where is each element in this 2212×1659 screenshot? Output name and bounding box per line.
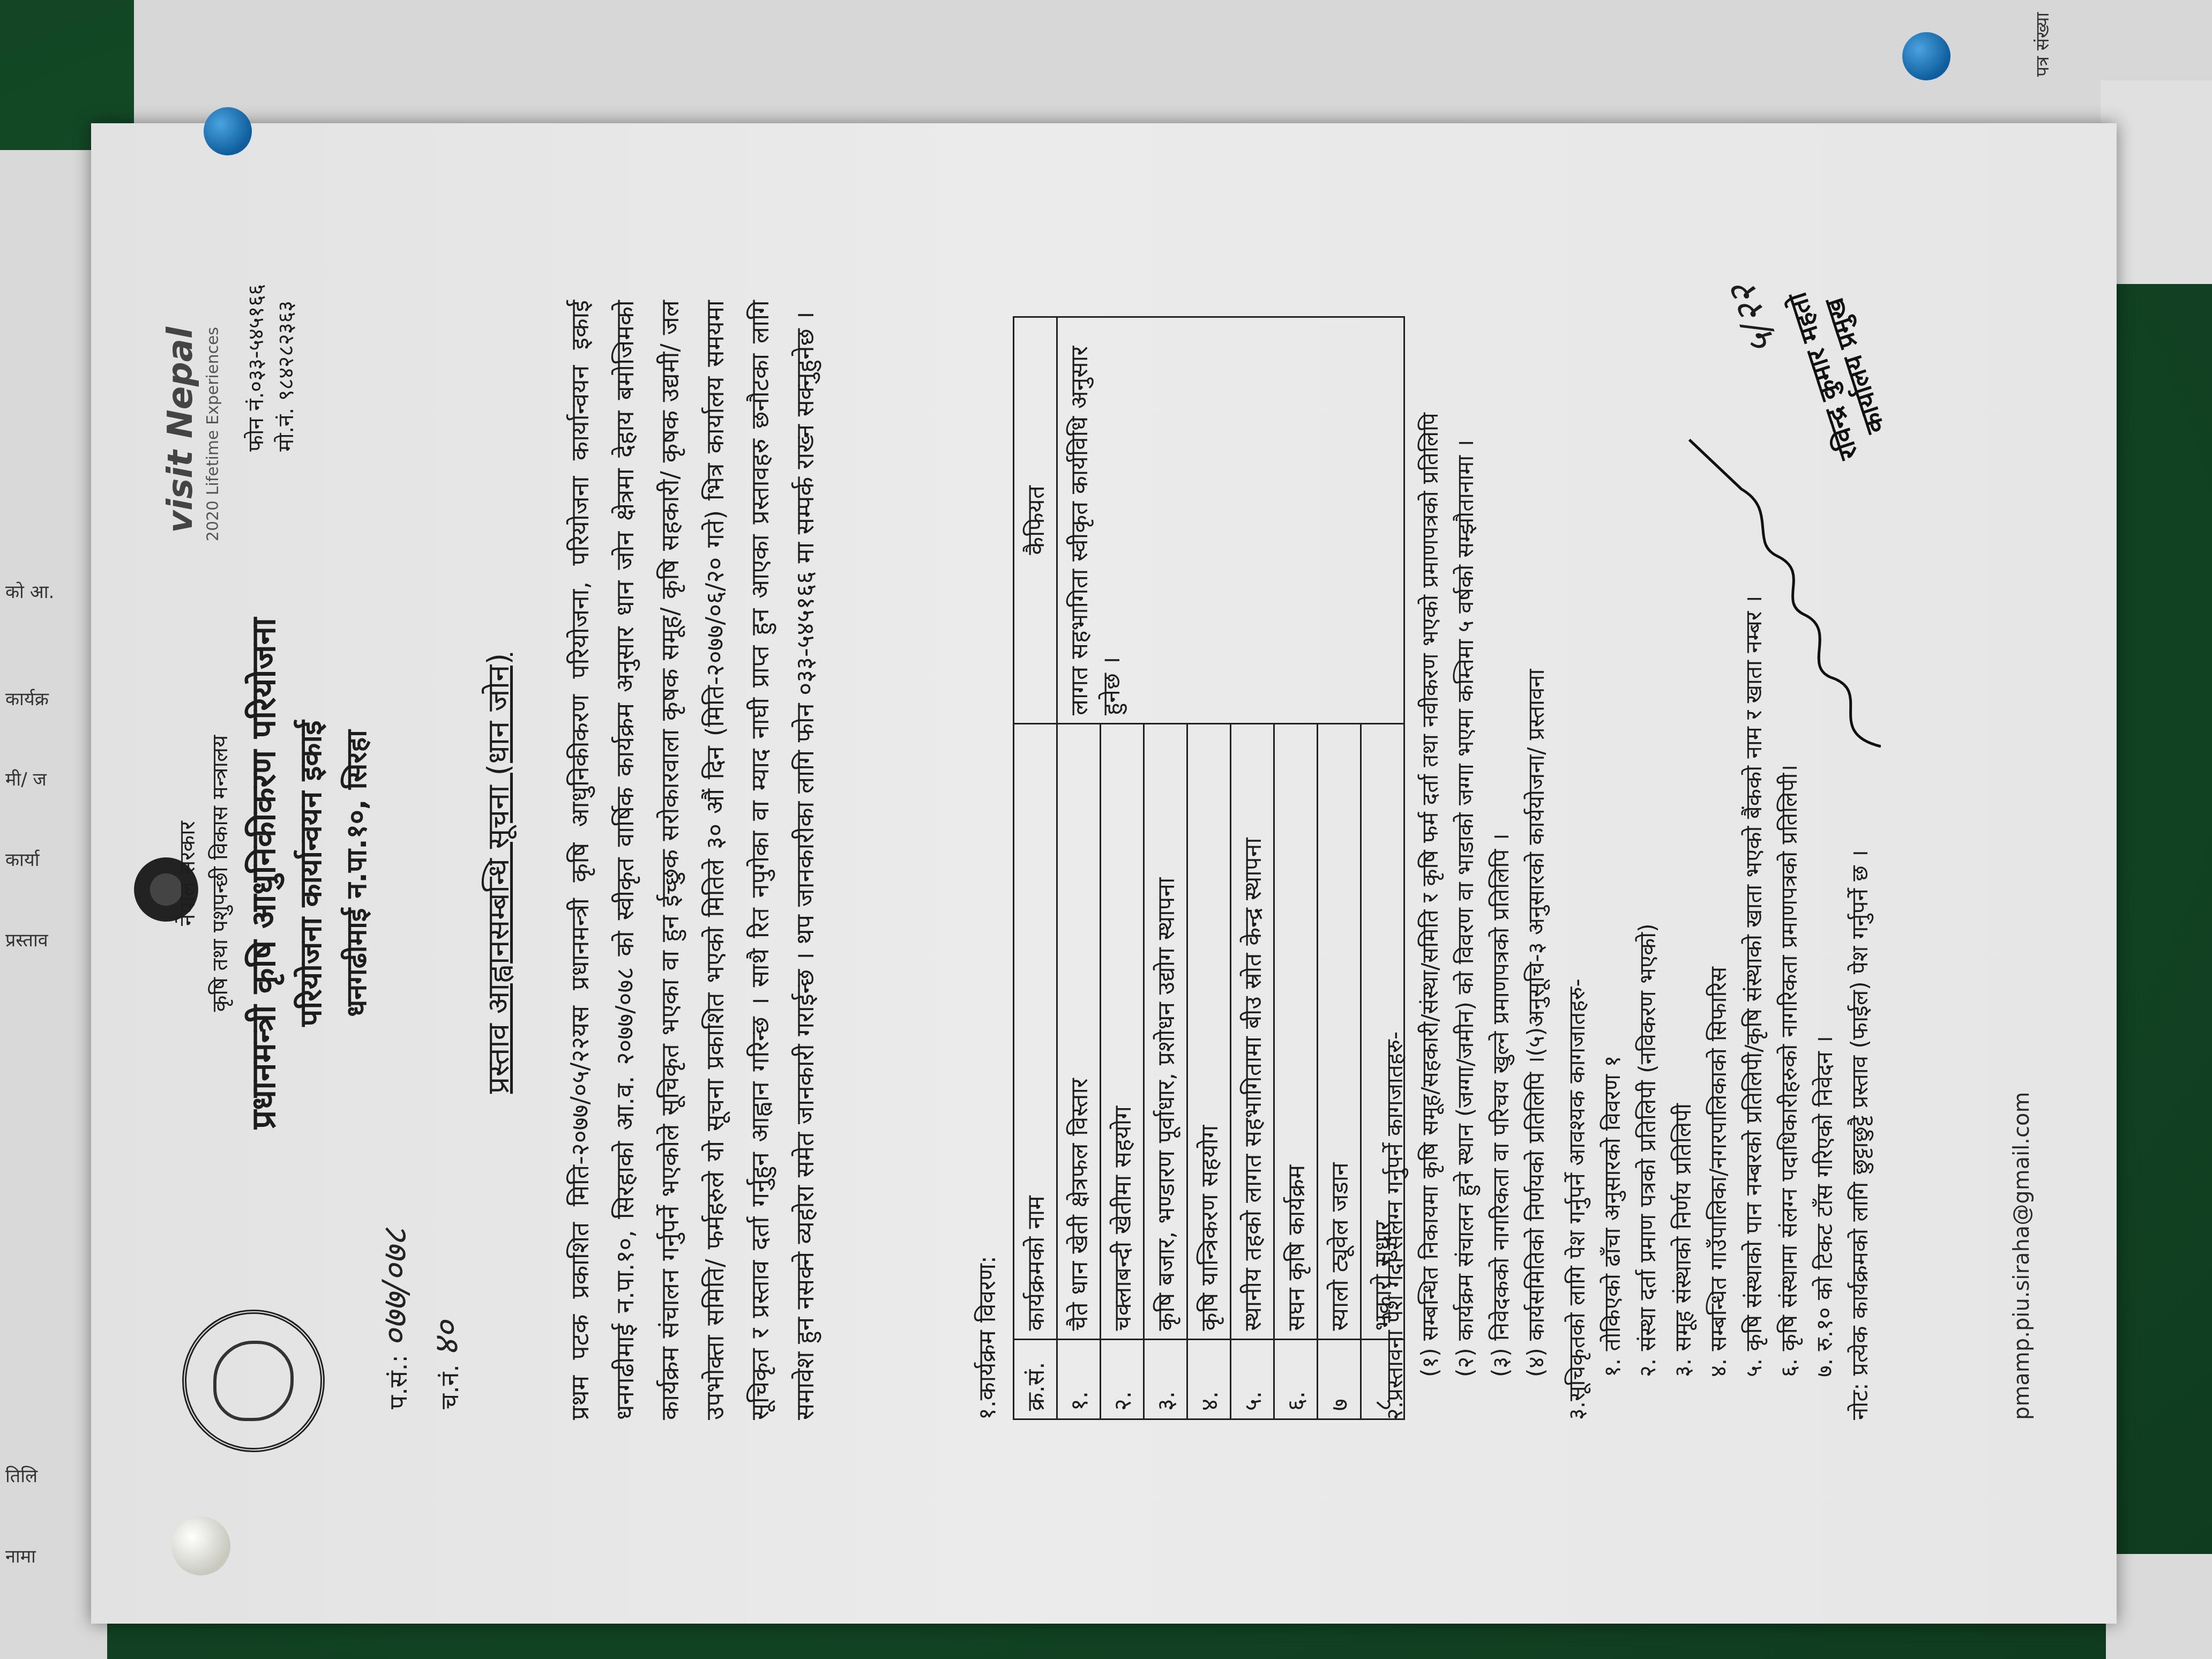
edge-text: पत्र संख्या (2029, 12, 2054, 77)
row-sn: ५. (1231, 1339, 1274, 1419)
row-sn: ४. (1187, 1339, 1231, 1419)
section3-item: १. तोकिएको ढाँचा अनुसारको विवरण १ (1595, 595, 1630, 1420)
background-paper-right-bottom (2106, 1554, 2212, 1659)
section3-item: ४. सम्बन्धित गाउँपालिका/नगरपालिकाको सिफा… (1701, 595, 1736, 1420)
notice-body: प्रथम पटक प्रकाशित मिति-२०७७/०५/२२यस प्र… (557, 300, 827, 1420)
blue-pushpin-icon (1902, 32, 1951, 80)
visit-nepal-logo: visit Nepal (161, 327, 200, 533)
section2-item: (२) कार्यक्रम संचालन हुने स्थान (जग्गा/ज… (1448, 413, 1483, 1420)
row-sn: ७ (1318, 1339, 1361, 1419)
edge-text: मी/ ज (5, 766, 47, 791)
section1-heading: १.कार्यक्रम विवरण: (970, 1256, 1002, 1420)
letter-no: ०७७/०७८ (376, 1228, 415, 1347)
section3-item: ५. कृषि संस्थाको पान नम्बरको प्रतिलिपी/क… (1736, 595, 1772, 1420)
table-row: १.चैते धान खेती क्षेत्रफल विस्तारलागत सह… (1057, 317, 1101, 1419)
section2: २.प्रस्तावना पेश गर्दा संलग्न गर्नुपर्ने… (1377, 413, 1554, 1420)
section3-item: ३. समूह संस्थाको निर्णय प्रतिलिपी (1665, 595, 1701, 1420)
background-paper-right (2101, 80, 2212, 284)
white-pushpin-icon (171, 1516, 230, 1575)
contact-info: फोन नं.०३३-५४५१६६ मो.नं. ९८४२८२३६३ (241, 284, 301, 452)
row-program-name: कृषि बजार, भण्डारण पूर्वाधार, प्रशोधन उद… (1144, 723, 1187, 1339)
dispatch-no-label: च.नं. (435, 1364, 464, 1409)
office-email: pmamp.piu.siraha@gmail.com (2009, 1092, 2034, 1420)
section2-item: (४) कार्यसमितिको निर्णयको प्रतिलिपि ।(५)… (1519, 413, 1554, 1420)
row-program-name: चैते धान खेती क्षेत्रफल विस्तार (1057, 723, 1101, 1339)
edge-text: कार्यक्र (5, 686, 49, 711)
notice-page: नेपाल सरकार कृषि तथा पशुपन्छी विकास मन्त… (91, 123, 2117, 1624)
row-remarks: लागत सहभागिता स्वीकृत कार्यविधि अनुसार ह… (1057, 317, 1404, 724)
office-address: धनगढीमाई न.पा.१०, सिरहा (337, 123, 375, 1624)
row-program-name: कृषि यान्त्रिकरण सहयोग (1187, 723, 1231, 1339)
edge-text: तिलि (5, 1463, 38, 1488)
row-sn: ६. (1274, 1339, 1318, 1419)
row-sn: ३. (1144, 1339, 1187, 1419)
row-sn: १. (1057, 1339, 1101, 1419)
phone-number: फोन नं.०३३-५४५१६६ (241, 284, 271, 452)
section2-item: (३) निवेदकको नागरिकता वा परिचय खुल्ने प्… (1483, 413, 1519, 1420)
section3-item: २. संस्था दर्ता प्रमाण पत्रको प्रतिलिपी … (1630, 595, 1665, 1420)
mobile-number: मो.नं. ९८४२८२३६३ (271, 284, 301, 452)
col-remarks: कैफियत (1014, 317, 1057, 724)
col-sn: क्र.सं. (1014, 1339, 1057, 1419)
notice-sheet: नेपाल सरकार कृषि तथा पशुपन्छी विकास मन्त… (91, 123, 2117, 1624)
section3-heading: ३.सूचिकृतको लागि पेश गर्नुपर्ने आवश्यक क… (1559, 595, 1595, 1420)
signature-date: ५/२२ (1715, 278, 1788, 362)
edge-text: कार्या (5, 847, 39, 871)
row-sn: २. (1101, 1339, 1144, 1419)
blue-pushpin-icon (204, 107, 252, 155)
dispatch-no: ४० (427, 1321, 467, 1357)
edge-text: को आ. (5, 579, 54, 603)
background-paper-top: पत्र संख्या (134, 0, 2212, 134)
section2-heading: २.प्रस्तावना पेश गर्दा संलग्न गर्नुपर्ने… (1377, 413, 1413, 1420)
col-program-name: कार्यक्रमको नाम (1014, 723, 1057, 1339)
visit-nepal-tagline: 2020 Lifetime Experiences (204, 327, 222, 541)
row-program-name: सघन कृषि कार्यक्रम (1274, 723, 1318, 1339)
edge-text: प्रस्ताव (5, 927, 48, 952)
row-program-name: स्यालो ट्यूवेल जडान (1318, 723, 1361, 1339)
section2-item: (१) सम्बन्धित निकायमा कृषि समूह/सहकारी/स… (1413, 413, 1448, 1420)
letter-no-label: प.सं.: (384, 1355, 413, 1409)
row-program-name: चक्लाबन्दी खेतीमा सहयोग (1101, 723, 1144, 1339)
edge-text: नामा (5, 1543, 36, 1568)
reference-block: प.सं.: ०७७/०७८ च.नं. ४० (370, 1228, 473, 1409)
official-stamp: रविन्द्र कुमार महतो कार्यालय प्रमुख (1781, 278, 1898, 464)
row-program-name: स्थानीय तहको लागत सहभागितामा बीउ स्रोत क… (1231, 723, 1274, 1339)
program-table: क्र.सं. कार्यक्रमको नाम कैफियत १.चैते धा… (1013, 316, 1405, 1420)
notice-title: प्रस्ताव आह्वानसम्बन्धि सूचना (धान जोन) (477, 123, 518, 1624)
